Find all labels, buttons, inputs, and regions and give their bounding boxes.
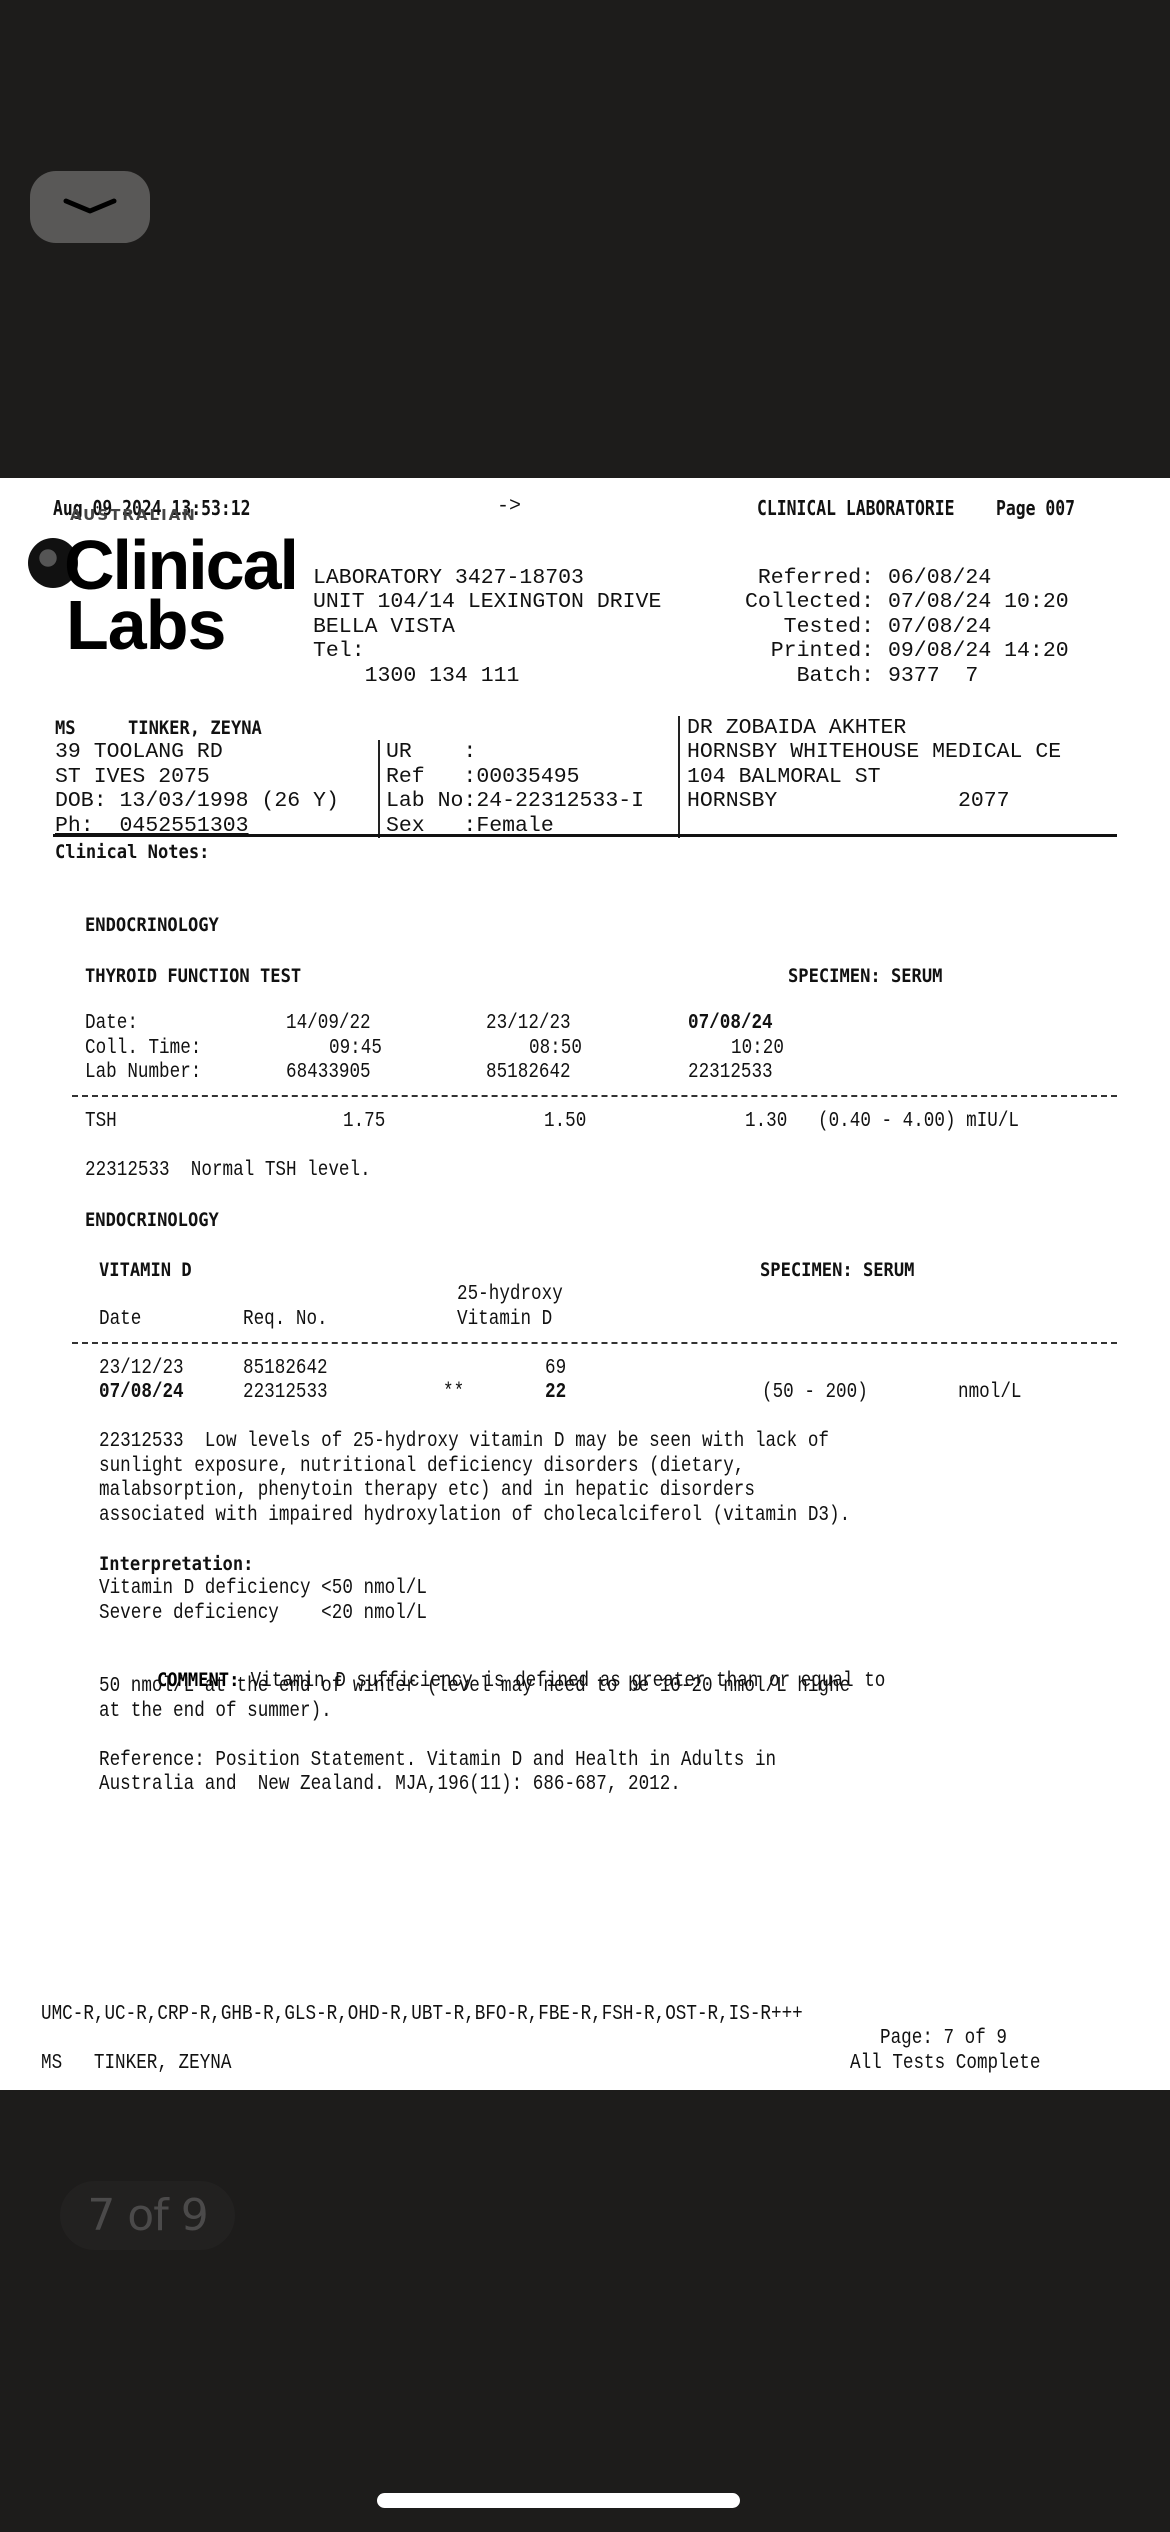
collected-label: Collected:	[660, 590, 874, 614]
printed-value: 09/08/24 14:20	[888, 639, 1069, 663]
reference-line: Reference: Position Statement. Vitamin D…	[99, 1748, 776, 1772]
reference-line: Australia and New Zealand. MJA,196(11): …	[99, 1772, 681, 1796]
referred-value: 06/08/24	[888, 566, 991, 590]
dashed-divider	[72, 1342, 1117, 1344]
tsh-value-3: 1.30	[745, 1109, 787, 1133]
ur-field: UR :	[386, 740, 476, 764]
row2-value: 22	[545, 1380, 566, 1404]
printed-label: Printed:	[660, 639, 874, 663]
tsh-range: (0.40 - 4.00) mIU/L	[818, 1109, 1019, 1133]
doctor-suburb: HORNSBY 2077	[687, 789, 1010, 813]
note-line: 22312533 Low levels of 25-hydroxy vitami…	[99, 1429, 829, 1453]
doctor-name: DR ZOBAIDA AKHTER	[687, 716, 906, 740]
row2-range: (50 - 200)	[762, 1380, 868, 1404]
patient-title: MS	[55, 716, 76, 740]
row1-date: 23/12/23	[99, 1356, 184, 1380]
interpretation-line: Severe deficiency <20 nmol/L	[99, 1601, 427, 1625]
req-header: Req. No.	[243, 1307, 328, 1331]
tsh-label: TSH	[85, 1109, 117, 1133]
lab-address-line: LABORATORY 3427-18703	[313, 566, 584, 590]
row-label-date: Date:	[85, 1011, 138, 1035]
row-label-time: Coll. Time:	[85, 1036, 201, 1060]
patient-address1: 39 TOOLANG RD	[55, 740, 223, 764]
collapse-button[interactable]	[30, 171, 150, 243]
footer-page: Page: 7 of 9	[880, 2026, 1007, 2050]
comment-text: 50 nmol/L at the end of winter (level ma…	[99, 1674, 850, 1698]
home-indicator[interactable]	[377, 2493, 740, 2508]
patient-name: TINKER, ZEYNA	[128, 716, 262, 740]
row2-date: 07/08/24	[99, 1380, 184, 1404]
collected-value: 07/08/24 10:20	[888, 590, 1069, 614]
department-heading: ENDOCRINOLOGY	[85, 913, 219, 937]
ref-field: Ref :00035495	[386, 765, 580, 789]
logo-tagline: AUSTRALIAN	[70, 506, 197, 524]
column-divider	[378, 740, 380, 838]
footer-status: All Tests Complete	[850, 2051, 1040, 2075]
value-header-line1: 25-hydroxy	[457, 1282, 563, 1306]
col3-date: 07/08/24	[688, 1011, 773, 1035]
lab-no-field: Lab No:24-22312533-I	[386, 789, 644, 813]
referred-label: Referred:	[660, 566, 874, 590]
batch-value: 9377 7	[888, 664, 978, 688]
tested-label: Tested:	[660, 615, 874, 639]
department-heading: ENDOCRINOLOGY	[85, 1208, 219, 1232]
patient-address2: ST IVES 2075	[55, 765, 210, 789]
chevron-down-icon	[62, 197, 118, 217]
lab-phone: 1300 134 111	[313, 664, 519, 688]
tsh-value-2: 1.50	[544, 1109, 586, 1133]
col1-lab: 68433905	[286, 1060, 371, 1084]
row1-req: 85182642	[243, 1356, 328, 1380]
row2-unit: nmol/L	[958, 1380, 1021, 1404]
print-arrow: ->	[497, 495, 521, 519]
interpretation-label: Interpretation:	[99, 1552, 253, 1576]
tsh-value-1: 1.75	[343, 1109, 385, 1133]
tsh-note: 22312533 Normal TSH level.	[85, 1158, 371, 1182]
lab-title: CLINICAL LABORATORIE	[757, 496, 954, 520]
col1-time: 09:45	[329, 1036, 382, 1060]
col3-lab: 22312533	[688, 1060, 773, 1084]
comment-text: at the end of summer).	[99, 1699, 332, 1723]
interpretation-line: Vitamin D deficiency <50 nmol/L	[99, 1576, 427, 1600]
col2-lab: 85182642	[486, 1060, 571, 1084]
patient-dob: DOB: 13/03/1998 (26 Y)	[55, 789, 339, 813]
value-header-line2: Vitamin D	[457, 1307, 552, 1331]
specimen-label: SPECIMEN: SERUM	[760, 1258, 914, 1282]
col3-time: 10:20	[731, 1036, 784, 1060]
column-divider	[678, 716, 680, 838]
col2-time: 08:50	[529, 1036, 582, 1060]
col2-date: 23/12/23	[486, 1011, 571, 1035]
doctor-street: 104 BALMORAL ST	[687, 765, 881, 789]
test-heading: THYROID FUNCTION TEST	[85, 964, 301, 988]
doctor-practice: HORNSBY WHITEHOUSE MEDICAL CE	[687, 740, 1061, 764]
row2-req: 22312533	[243, 1380, 328, 1404]
print-page-number: Page 007	[996, 496, 1075, 520]
footer-tests: UMC-R,UC-R,CRP-R,GHB-R,GLS-R,OHD-R,UBT-R…	[41, 2002, 803, 2026]
note-line: sunlight exposure, nutritional deficienc…	[99, 1454, 744, 1478]
lab-address-line: Tel:	[313, 639, 365, 663]
row1-value: 69	[545, 1356, 566, 1380]
specimen-label: SPECIMEN: SERUM	[788, 964, 942, 988]
header-divider	[53, 834, 1117, 837]
col1-date: 14/09/22	[286, 1011, 371, 1035]
note-line: associated with impaired hydroxylation o…	[99, 1503, 850, 1527]
lab-address-line: UNIT 104/14 LEXINGTON DRIVE	[313, 590, 661, 614]
lab-report-page: Aug 09 2024 13:53:12 -> CLINICAL LABORAT…	[0, 478, 1170, 2090]
batch-label: Batch:	[660, 664, 874, 688]
note-line: malabsorption, phenytoin therapy etc) an…	[99, 1478, 755, 1502]
logo-line2: Labs	[66, 590, 225, 660]
row2-flag: **	[443, 1380, 464, 1404]
row-label-lab: Lab Number:	[85, 1060, 201, 1084]
clinical-notes-label: Clinical Notes:	[55, 840, 209, 864]
footer-patient: MS TINKER, ZEYNA	[41, 2051, 231, 2075]
dashed-divider	[72, 1095, 1117, 1097]
lab-address-line: BELLA VISTA	[313, 615, 455, 639]
tested-value: 07/08/24	[888, 615, 991, 639]
test-heading: VITAMIN D	[99, 1258, 192, 1282]
date-header: Date	[99, 1307, 141, 1331]
page-indicator: 7 of 9	[60, 2181, 235, 2250]
